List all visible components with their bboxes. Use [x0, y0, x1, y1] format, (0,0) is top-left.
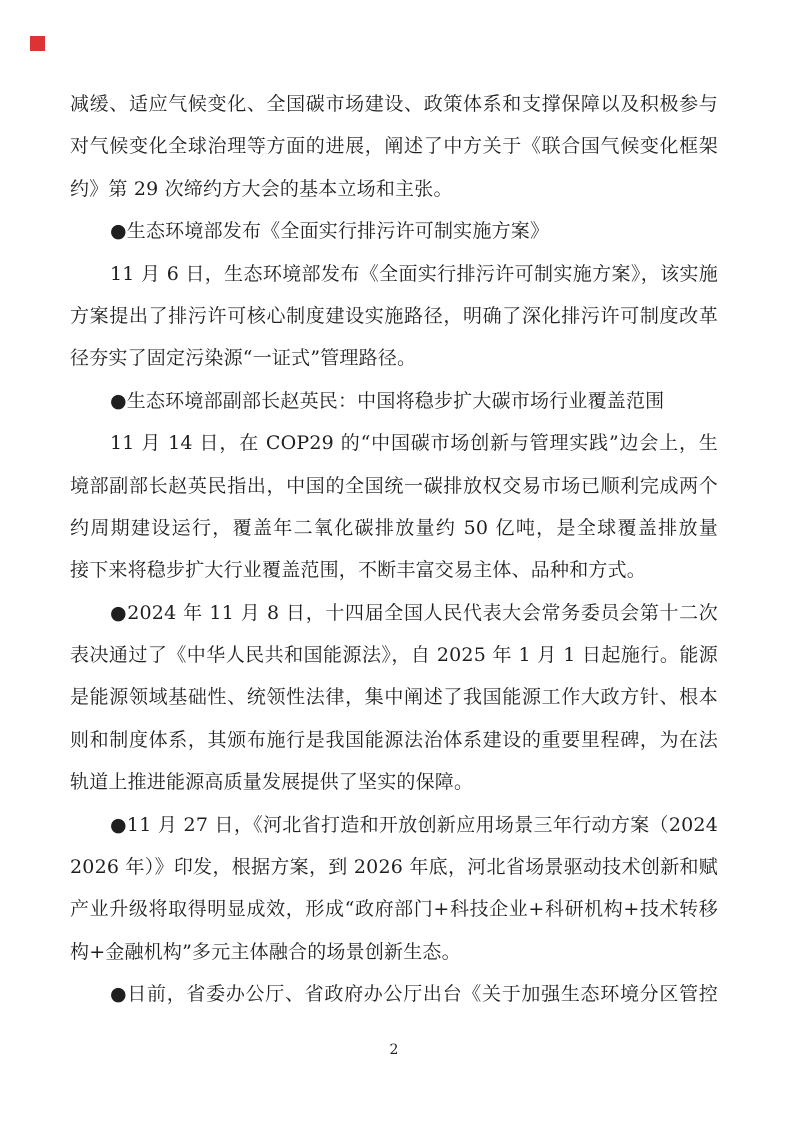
text-line: 对气候变化全球治理等方面的进展，阐述了中方关于《联合国气候变化框架公	[70, 125, 718, 167]
text-line: ●2024 年 11 月 8 日，十四届全国人民代表大会常务委员会第十二次会议	[70, 592, 718, 634]
text-line: 约》第 29 次缔约方大会的基本立场和主张。	[70, 168, 718, 210]
text-line: 境部副部长赵英民指出，中国的全国统一碳排放权交易市场已顺利完成两个履	[70, 465, 718, 507]
text-line: ●日前，省委办公厅、省政府办公厅出台《关于加强生态环境分区管控的	[70, 973, 718, 1015]
text-line: 方案提出了排污许可核心制度建设实施路径，明确了深化排污许可制度改革路	[70, 295, 718, 337]
text-line: 约周期建设运行，覆盖年二氧化碳排放量约 50 亿吨，是全球覆盖排放量最。	[70, 507, 718, 549]
red-square-marker	[30, 36, 45, 51]
text-line: ●生态环境部发布《全面实行排污许可制实施方案》	[70, 210, 718, 252]
page-number: 2	[0, 1042, 788, 1058]
text-line: 轨道上推进能源高质量发展提供了坚实的保障。	[70, 761, 718, 803]
text-line: 构+金融机构”多元主体融合的场景创新生态。	[70, 931, 718, 973]
text-line: 2026 年）》印发，根据方案，到 2026 年底，河北省场景驱动技术创新和赋能	[70, 846, 718, 888]
text-line: 径夯实了固定污染源“一证式”管理路径。	[70, 337, 718, 379]
text-line: 11 月 14 日，在 COP29 的“中国碳市场创新与管理实践”边会上，生态环	[70, 422, 718, 464]
text-line: 11 月 6 日，生态环境部发布《全面实行排污许可制实施方案》，该实施	[70, 253, 718, 295]
text-line: 则和制度体系，其颁布施行是我国能源法治体系建设的重要里程碑，为在法治	[70, 719, 718, 761]
text-line: 产业升级将取得明显成效，形成“政府部门+科技企业+科研机构+技术转移机	[70, 888, 718, 930]
text-line: ●11 月 27 日，《河北省打造和开放创新应用场景三年行动方案（2024—	[70, 804, 718, 846]
document-page: 减缓、适应气候变化、全国碳市场建设、政策体系和支撑保障以及积极参与应对气候变化全…	[0, 0, 788, 1121]
text-line: 表决通过了《中华人民共和国能源法》，自 2025 年 1 月 1 日起施行。能源…	[70, 634, 718, 676]
text-line: 接下来将稳步扩大行业覆盖范围，不断丰富交易主体、品种和方式。	[70, 549, 718, 591]
text-line: ●生态环境部副部长赵英民：中国将稳步扩大碳市场行业覆盖范围	[70, 380, 718, 422]
document-body: 减缓、适应气候变化、全国碳市场建设、政策体系和支撑保障以及积极参与应对气候变化全…	[70, 83, 718, 1016]
text-line: 减缓、适应气候变化、全国碳市场建设、政策体系和支撑保障以及积极参与应	[70, 83, 718, 125]
text-line: 是能源领域基础性、统领性法律，集中阐述了我国能源工作大政方针、根本原	[70, 676, 718, 718]
